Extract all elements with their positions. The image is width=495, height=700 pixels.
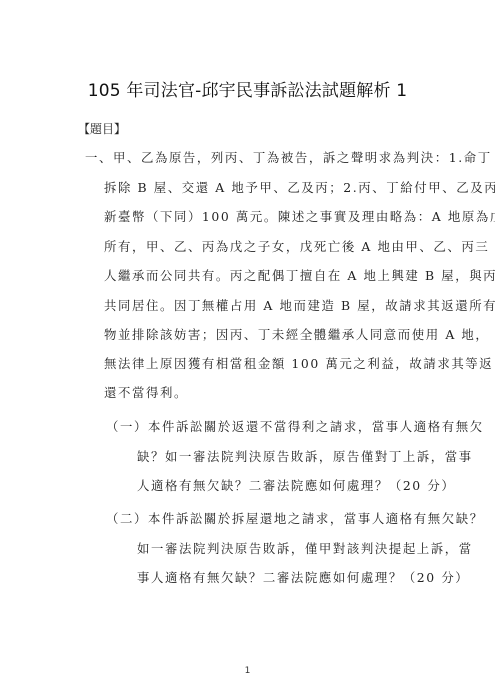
section-label-question: 【題目】 — [78, 120, 126, 137]
question-line: 拆除 B 屋、交還 A 地予甲、乙及丙；2.丙、丁給付甲、乙及丙 — [104, 178, 495, 196]
document-title: 105 年司法官-邱宇民事訴訟法試題解析 1 — [0, 76, 495, 101]
question-line: 共同居住。因丁無權占用 A 地而建造 B 屋，故請求其返還所有 — [104, 296, 495, 314]
sub-question-line: 事人適格有無欠缺？二審法院應如何處理？（20 分） — [137, 568, 469, 586]
sub-question-line: （一）本件訴訟關於返還不當得利之請求，當事人適格有無欠 — [106, 417, 484, 435]
sub-question-line: （二）本件訴訟關於拆屋還地之請求，當事人適格有無欠缺？ — [106, 509, 484, 527]
sub-question-line: 如一審法院判決原告敗訴，僅甲對該判決提起上訴，當 — [137, 539, 473, 557]
question-line: 還不當得利。 — [104, 383, 188, 401]
question-line: 物並排除該妨害；因丙、丁未經全體繼承人同意而使用 A 地， — [104, 325, 489, 343]
question-line: 人繼承而公同共有。丙之配偶丁擅自在 A 地上興建 B 屋，與丙 — [104, 266, 495, 284]
question-line: 一、甲、乙為原告，列丙、丁為被告，訴之聲明求為判決：1.命丁 — [85, 148, 492, 166]
sub-question-line: 人適格有無欠缺？二審法院應如何處理？（20 分） — [137, 476, 455, 494]
question-line: 無法律上原因獲有相當租金額 100 萬元之利益，故請求其等返 — [104, 354, 493, 372]
page-number: 1 — [0, 666, 495, 676]
sub-question-line: 缺？如一審法院判決原告敗訴，原告僅對丁上訴，當事 — [137, 447, 473, 465]
question-line: 新臺幣（下同）100 萬元。陳述之事實及理由略為：A 地原為戊 — [104, 207, 495, 225]
question-line: 所有，甲、乙、丙為戊之子女，戊死亡後 A 地由甲、乙、丙三 — [104, 237, 489, 255]
